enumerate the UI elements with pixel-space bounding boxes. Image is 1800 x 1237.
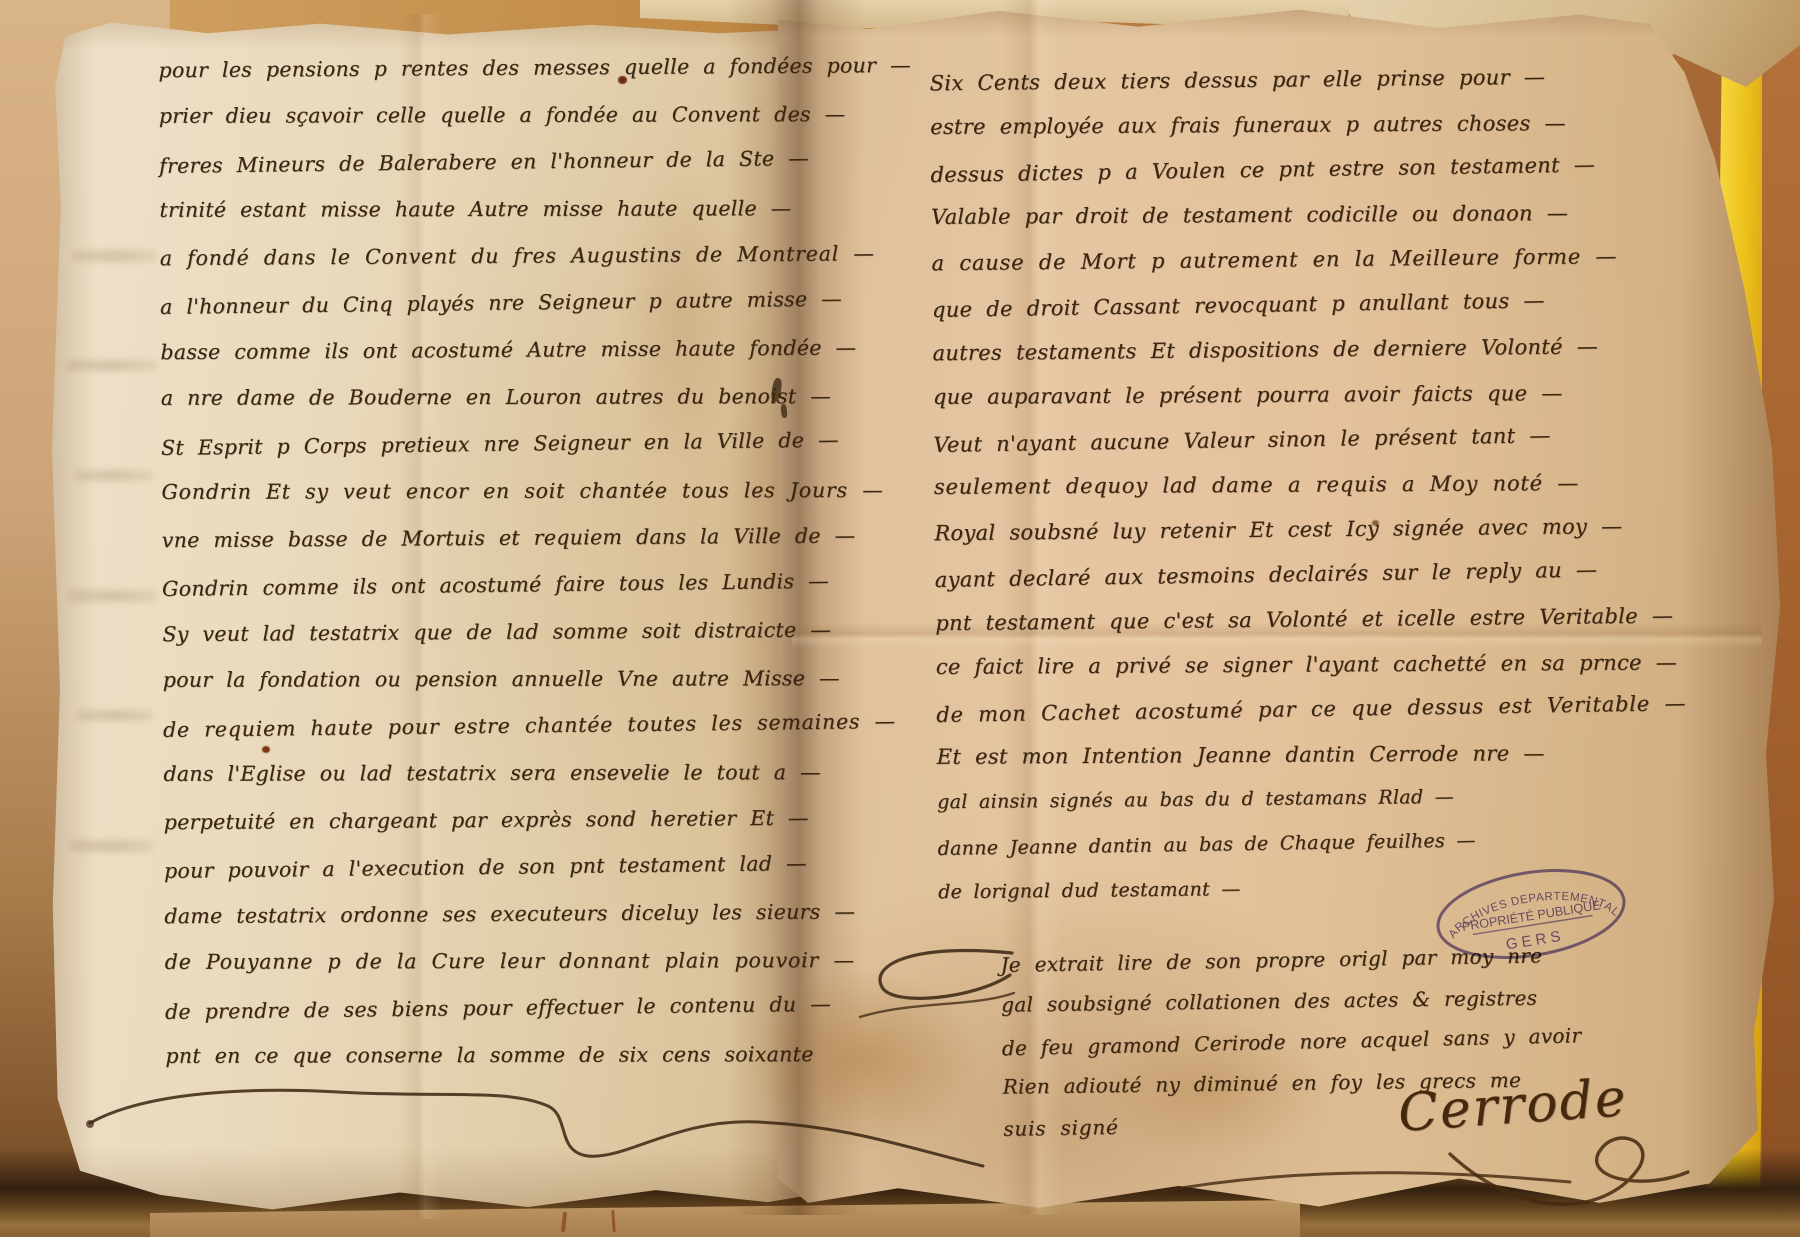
manuscript-line: Valable par droit de testament codicille… bbox=[931, 201, 1561, 250]
manuscript-line: basse comme ils ont acostumé Autre misse… bbox=[160, 336, 800, 387]
manuscript-line: autres testaments Et dispositions de der… bbox=[932, 335, 1562, 387]
manuscript-line: pour pouvoir a l'execution de son pnt te… bbox=[164, 851, 805, 906]
manuscript-line: a fondé dans le Convent du fres Augustin… bbox=[160, 242, 800, 293]
manuscript-line: de mon Cachet acostumé par ce que dessus… bbox=[936, 693, 1567, 748]
manuscript-line: dame testatrix ordonne ses executeurs di… bbox=[164, 900, 804, 951]
manuscript-line: pour les pensions p rentes des messes qu… bbox=[158, 54, 798, 105]
manuscript-line: Sy veut lad testatrix que de lad somme s… bbox=[162, 618, 802, 669]
manuscript-line: pnt testament que c'est sa Volonté et ic… bbox=[935, 605, 1565, 657]
manuscript-line: de prendre de ses biens pour effectuer l… bbox=[165, 992, 806, 1047]
right-page-text: Six Cents deux tiers dessus par elle pri… bbox=[930, 65, 1569, 927]
manuscript-line: trinité estant misse haute Autre misse h… bbox=[159, 196, 799, 245]
left-page-text: pour les pensions p rentes des messes qu… bbox=[158, 54, 805, 1092]
manuscript-line: seulement dequoy lad dame a requis a Moy… bbox=[934, 471, 1564, 520]
manuscript-line: Six Cents deux tiers dessus par elle pri… bbox=[930, 65, 1560, 117]
manuscript-line: Veut n'ayant aucune Valeur sinon le prés… bbox=[933, 423, 1564, 478]
manuscript-photo: pour les pensions p rentes des messes qu… bbox=[0, 0, 1800, 1237]
manuscript-line: pnt en ce que conserne la somme de six c… bbox=[165, 1042, 805, 1091]
manuscript-line: dans l'Eglise ou lad testatrix sera ense… bbox=[163, 760, 803, 809]
manuscript-line: que auparavant le présent pourra avoir f… bbox=[933, 381, 1563, 430]
manuscript-line: perpetuité en chargeant par exprès sond … bbox=[164, 806, 804, 857]
manuscript-line: St Esprit p Corps pretieux nre Seigneur … bbox=[161, 428, 802, 483]
manuscript-line: a nre dame de Bouderne en Louron autres … bbox=[161, 384, 801, 433]
manuscript-line: Gondrin comme ils ont acostumé faire tou… bbox=[162, 569, 803, 624]
manuscript-line: de Pouyanne p de la Cure leur donnant pl… bbox=[165, 948, 805, 997]
manuscript-line: a l'honneur du Cinq playés nre Seigneur … bbox=[160, 287, 801, 342]
manuscript-line: Et est mon Intention Jeanne dantin Cerro… bbox=[937, 741, 1567, 790]
manuscript-line: freres Mineurs de Balerabere en l'honneu… bbox=[159, 146, 800, 201]
manuscript-line: prier dieu sçavoir celle quelle a fondée… bbox=[159, 102, 799, 151]
manuscript-line: estre employée aux frais funeraux p autr… bbox=[930, 111, 1560, 160]
manuscript-line: de requiem haute pour estre chantée tout… bbox=[163, 710, 804, 765]
manuscript-line: vne misse basse de Mortuis et requiem da… bbox=[162, 524, 802, 575]
manuscript-line: Gondrin Et sy veut encor en soit chantée… bbox=[161, 478, 801, 527]
manuscript-line: ce faict lire a privé se signer l'ayant … bbox=[936, 651, 1566, 700]
manuscript-line: pour la fondation ou pension annuelle Vn… bbox=[163, 666, 803, 715]
manuscript-line: dessus dictes p a Voulen ce pnt estre so… bbox=[930, 153, 1561, 208]
